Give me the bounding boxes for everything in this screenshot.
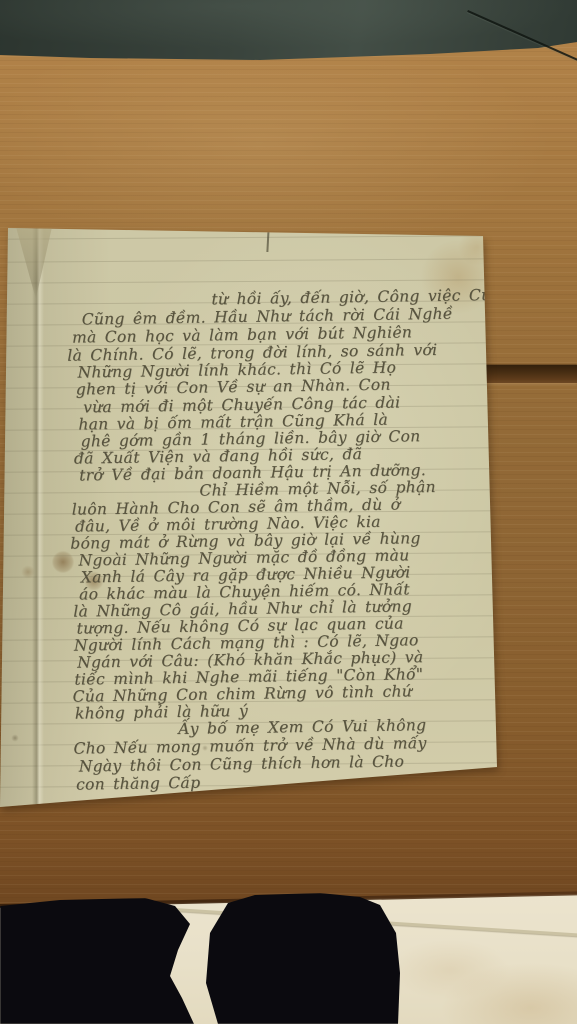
photo-of-handwritten-letter: từ hồi ấy, đến giờ, Công việc Của Con vẫ…	[0, 0, 577, 1024]
handwriting: từ hồi ấy, đến giờ, Công việc Của Con vẫ…	[0, 221, 512, 819]
letter-paper: từ hồi ấy, đến giờ, Công việc Của Con vẫ…	[0, 225, 507, 815]
handwriting-line: con thăng Cấp	[76, 776, 201, 793]
right-leg-silhouette	[200, 893, 405, 1024]
handwriting-line: Ngày thôi Con Cũng thích hơn là Cho	[79, 754, 405, 775]
left-leg-silhouette	[0, 898, 196, 1024]
